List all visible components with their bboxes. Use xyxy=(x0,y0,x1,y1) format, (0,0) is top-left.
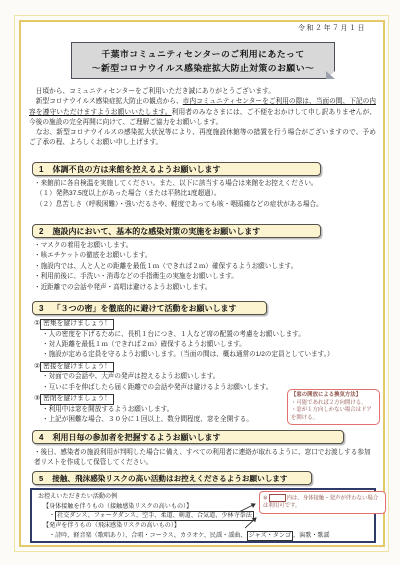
subsection-density-bullets: ・人の密度を下げるために、長机１台につき、１人など席の配置の考慮をお願いします。… xyxy=(34,330,379,361)
ventilation-note-title: 【窓の開放による換気方法】 xyxy=(291,392,376,400)
section-5-number: 5 xyxy=(39,472,43,485)
ventilation-note-bullet: ・窓が１方向しかない場合はドアを開ける。 xyxy=(291,407,376,422)
section-5-title: 接触、飛沫感染リスクの高い活動はお控えくださるようお願いします xyxy=(52,474,287,483)
intro-paragraphs: 日頃から、コミュニティセンターをご利用いただき誠にありがとうございます。 新型コ… xyxy=(29,87,376,149)
section-2-title: 施設内において、基本的な感染対策の実施をお願いします xyxy=(52,227,260,236)
section-4-title: 利用日毎の参加者を把握するようお願いします xyxy=(52,433,220,442)
section-3-title: 「３つの密」を徹底的に避けて活動をお願いします xyxy=(52,304,236,313)
bullet: ・人の密度を下げるために、長机１台につき、１人など席の配置の考慮をお願いします。 xyxy=(42,330,379,340)
bullet: ・来館前に各自検温を実施してください。また、以下に該当する場合は来館をお控えくだ… xyxy=(34,179,379,189)
section-4-number: 4 xyxy=(39,431,43,444)
title-box: 千葉市コミュニティセンターのご利用にあたって ～新型コロナウイルス感染症拡大防止… xyxy=(71,42,335,79)
intro-paragraph-1: 日頃から、コミュニティセンターをご利用いただき誠にありがとうございます。 xyxy=(29,87,376,97)
section-1-header: 1体調不良の方は来館を控えるようお願いします xyxy=(32,162,321,176)
subsection-closedspace-label: 密閉を避けましょう！ xyxy=(40,394,114,405)
section-5-header: 5接触、飛沫感染リスクの高い活動はお控えくださるようお願いします xyxy=(32,471,312,485)
subsection-density-label: 密集を避けましょう！ xyxy=(40,319,114,330)
bullet: ・利用前後に、手洗い・消毒などの手指衛生の実施をお願いします。 xyxy=(34,272,379,282)
intro-paragraph-3: なお、新型コロナウイルスの感染拡大状況等により、再度施設休館等の措置を行う場合が… xyxy=(29,128,376,149)
vocal-items-post: 、演歌・歌謡 xyxy=(293,532,330,539)
blank-box xyxy=(269,494,286,502)
section-3-number: 3 xyxy=(39,302,43,315)
title-line-2: ～新型コロナウイルス感染症拡大防止対策のお願い～ xyxy=(72,62,334,76)
section-4-header: 4利用日毎の参加者を把握するようお願いします xyxy=(32,430,344,444)
section-1-number: 1 xyxy=(39,163,43,176)
bullet: ・対面での会話や、大声の発声は控えるようお願いします。 xyxy=(42,372,379,382)
contact-activities-boxed: 社交ダンス、フォークダンス、空手、柔道、剣道、合気道、少林寺拳法 xyxy=(55,511,254,521)
subsection-closecontact-label: 密接を避けましょう！ xyxy=(40,362,114,373)
bullet: ・対人距離を最低１ｍ（できれば２ｍ）確保するようお願いします。 xyxy=(42,340,379,350)
bullet: ・施設が定める定員を守るようお願いします。（当面の間は、概ね通常の1/2の定員と… xyxy=(42,350,379,360)
bullet: ・近距離での会話や発声・高唱は避けるようお願いします。 xyxy=(34,283,379,293)
subsection-density: ①密集を避けましょう！ xyxy=(34,318,379,330)
vocal-group-heading: 【発声を伴うもの（飛沫感染リスクの高いもの）】 xyxy=(38,521,368,531)
section-2-header: 2施設内において、基本的な感染対策の実施をお願いします xyxy=(32,224,321,238)
title-line-1: 千葉市コミュニティセンターのご利用にあたって xyxy=(72,48,334,62)
bullet: ・後日、感染者の施設利用が判明した場合に備え、すべての利用者に連絡が取れるように… xyxy=(34,448,377,469)
bullet: ・施設内では、人と人との距離を最低１ｍ（できれば２ｍ）確保するようお願いします。 xyxy=(34,262,379,272)
section-1-title: 体調不良の方は来館を控えるようお願いします xyxy=(52,165,220,174)
permitted-use-note-box: ※内は、身体接触・発声が伴わない場合は利用可です。 xyxy=(259,491,386,514)
bullet: ・マスクの着用をお願いします。 xyxy=(34,241,379,251)
bullet: （２）息苦しさ（呼吸困難）・強いだるさや、軽度であっても咳・咽頭痛などの症状があ… xyxy=(34,200,379,210)
vocal-group-items: ・詩吟、軽音楽（歌唱あり）、合唱・コーラス、カラオケ、民謡・謡曲、ジャズ・タンゴ… xyxy=(38,531,368,541)
vocal-items-pre: ・詩吟、軽音楽（歌唱あり）、合唱・コーラス、カラオケ、民謡・謡曲、 xyxy=(49,532,247,539)
section-4-body: ・後日、感染者の施設利用が判明した場合に備え、すべての利用者に連絡が取れるように… xyxy=(34,448,377,469)
intro-p2-pre: 新型コロナウイルス感染症拡大防止の観点から、 xyxy=(29,98,183,105)
subsection-closecontact: ②密接を避けましょう！ xyxy=(34,361,379,373)
section-1-body: ・来館前に各自検温を実施してください。また、以下に該当する場合は来館をお控えくだ… xyxy=(34,179,379,210)
ventilation-note-box: 【窓の開放による換気方法】 ・可能であれば２方向開ける。 ・窓が１方向しかない場… xyxy=(287,389,380,425)
bullet: ・咳エチケットの徹底をお願いします。 xyxy=(34,251,379,261)
section-2-body: ・マスクの着用をお願いします。 ・咳エチケットの徹底をお願いします。 ・施設内で… xyxy=(34,241,379,293)
pointer-arrows xyxy=(236,497,264,533)
section-2-number: 2 xyxy=(39,225,43,238)
section-3-header: 3「３つの密」を徹底的に避けて活動をお願いします xyxy=(32,301,267,315)
document-date: 令和２年７月１日 xyxy=(298,23,366,33)
document-page: { "doc": { "date": "令和２年７月１日", "title": … xyxy=(0,0,400,565)
folded-corner xyxy=(326,71,335,79)
bullet: （１）発熱37.5度以上があった場合（または平熱比1度超過）。 xyxy=(34,189,379,199)
intro-paragraph-2: 新型コロナウイルス感染症拡大防止の観点から、市内コミュニティセンターをご利用の際… xyxy=(29,97,376,128)
